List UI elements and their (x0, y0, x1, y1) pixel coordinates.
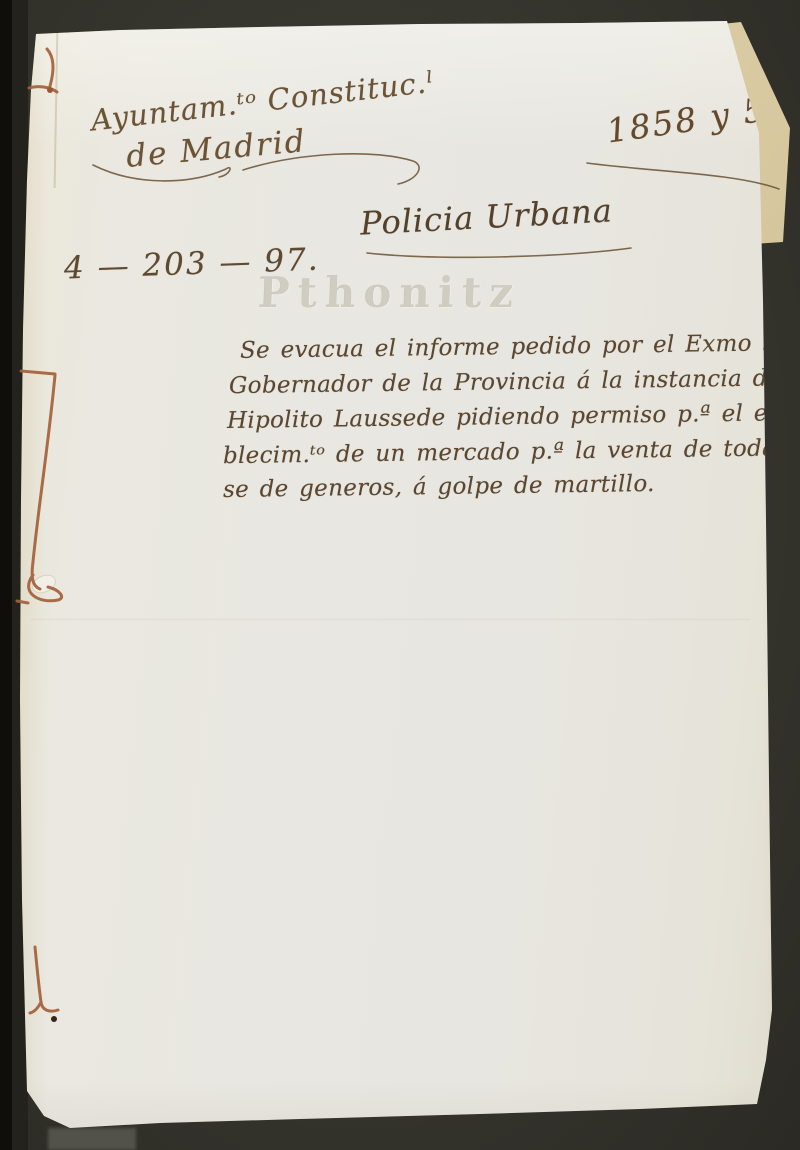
under-sheet-edge (54, 28, 59, 188)
archive-scan: Pthonitz Ayuntam.ᵗᵒ Constituc.ˡ de Madri… (0, 0, 800, 1150)
manuscript-page: Pthonitz Ayuntam.ᵗᵒ Constituc.ˡ de Madri… (0, 0, 800, 1150)
body-line-2: Gobernador de la Provincia á la instanci… (229, 365, 800, 399)
section-title: Policia Urbana (359, 191, 614, 242)
body-line-1: Se evacua el informe pedido por el Exmo … (240, 330, 790, 364)
paper-crease (30, 618, 750, 621)
body-line-3: Hipolito Laussede pidiendo permiso p.ª e… (227, 400, 800, 434)
organization-name-line2: de Madrid (125, 123, 308, 175)
table-surface-patch (48, 1128, 136, 1150)
book-cover-edge (0, 0, 12, 1150)
body-line-5: se de generos, á golpe de martillo. (223, 471, 655, 503)
body-line-4: blecim.ᵗᵒ de un mercado p.ª la venta de … (223, 435, 800, 469)
